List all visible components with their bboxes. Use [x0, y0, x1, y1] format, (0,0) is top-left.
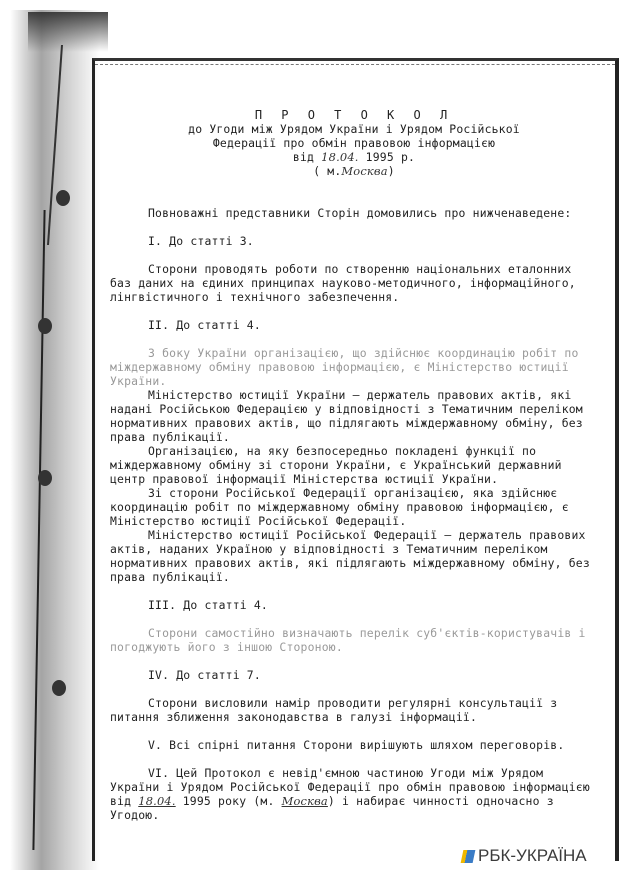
handwritten-date: 18.04. — [321, 150, 358, 164]
punch-hole-icon — [38, 470, 52, 486]
date-line: від 18.04. 1995 р. — [110, 150, 598, 164]
section-paragraph: Сторони проводять роботи по створенню на… — [110, 262, 598, 304]
intro-paragraph: Повноважні представники Сторін домовилис… — [110, 206, 598, 220]
section-heading: III. До статті 4. — [110, 598, 598, 612]
section-paragraph: Зі сторони Російської Федерації організа… — [110, 486, 598, 528]
handwritten-date: 18.04. — [138, 794, 175, 808]
subtitle-line: до Угоди між Урядом України і Урядом Рос… — [110, 122, 598, 136]
section-4: IV. До статті 7. Сторони висловили намір… — [110, 668, 598, 724]
section-heading: IV. До статті 7. — [110, 668, 598, 682]
punch-hole-icon — [56, 190, 70, 206]
punch-hole-icon — [52, 680, 66, 696]
punch-hole-icon — [38, 318, 52, 334]
section-paragraph: Міністерство юстиції Російської Федераці… — [110, 528, 598, 584]
clause-vi: VI. Цей Протокол є невід'ємною частиною … — [110, 766, 598, 822]
document-body: П Р О Т О К О Л до Угоди між Урядом Укра… — [110, 108, 598, 822]
document-title: П Р О Т О К О Л — [110, 108, 598, 122]
section-heading: I. До статті 3. — [110, 234, 598, 248]
watermark-logo: РБК-УКРАЇНА — [462, 846, 587, 866]
clause-v: V. Всі спірні питання Сторони вирішують … — [110, 738, 598, 752]
section-paragraph: Організацією, на яку безпосередньо покла… — [110, 444, 598, 486]
section-paragraph: Міністерство юстиції України — держатель… — [110, 388, 598, 444]
handwritten-place: Москва — [341, 164, 387, 178]
rbc-logo-icon — [461, 850, 476, 863]
subtitle-line: Федерації про обмін правовою інформацією — [110, 136, 598, 150]
scan-shadow-top — [28, 12, 108, 52]
section-3: III. До статті 4. Сторони самостійно виз… — [110, 598, 598, 654]
section-paragraph: З боку України організацією, що здійснює… — [110, 346, 598, 388]
section-paragraph: Сторони висловили намір проводити регуля… — [110, 696, 598, 724]
place-line: ( м.Москва) — [110, 164, 598, 178]
section-2: II. До статті 4. З боку України організа… — [110, 318, 598, 584]
section-heading: II. До статті 4. — [110, 318, 598, 332]
section-1: I. До статті 3. Сторони проводять роботи… — [110, 234, 598, 304]
watermark-label: РБК-УКРАЇНА — [478, 846, 587, 866]
handwritten-place: Москва — [282, 794, 328, 808]
section-paragraph: Сторони самостійно визначають перелік су… — [110, 626, 598, 654]
